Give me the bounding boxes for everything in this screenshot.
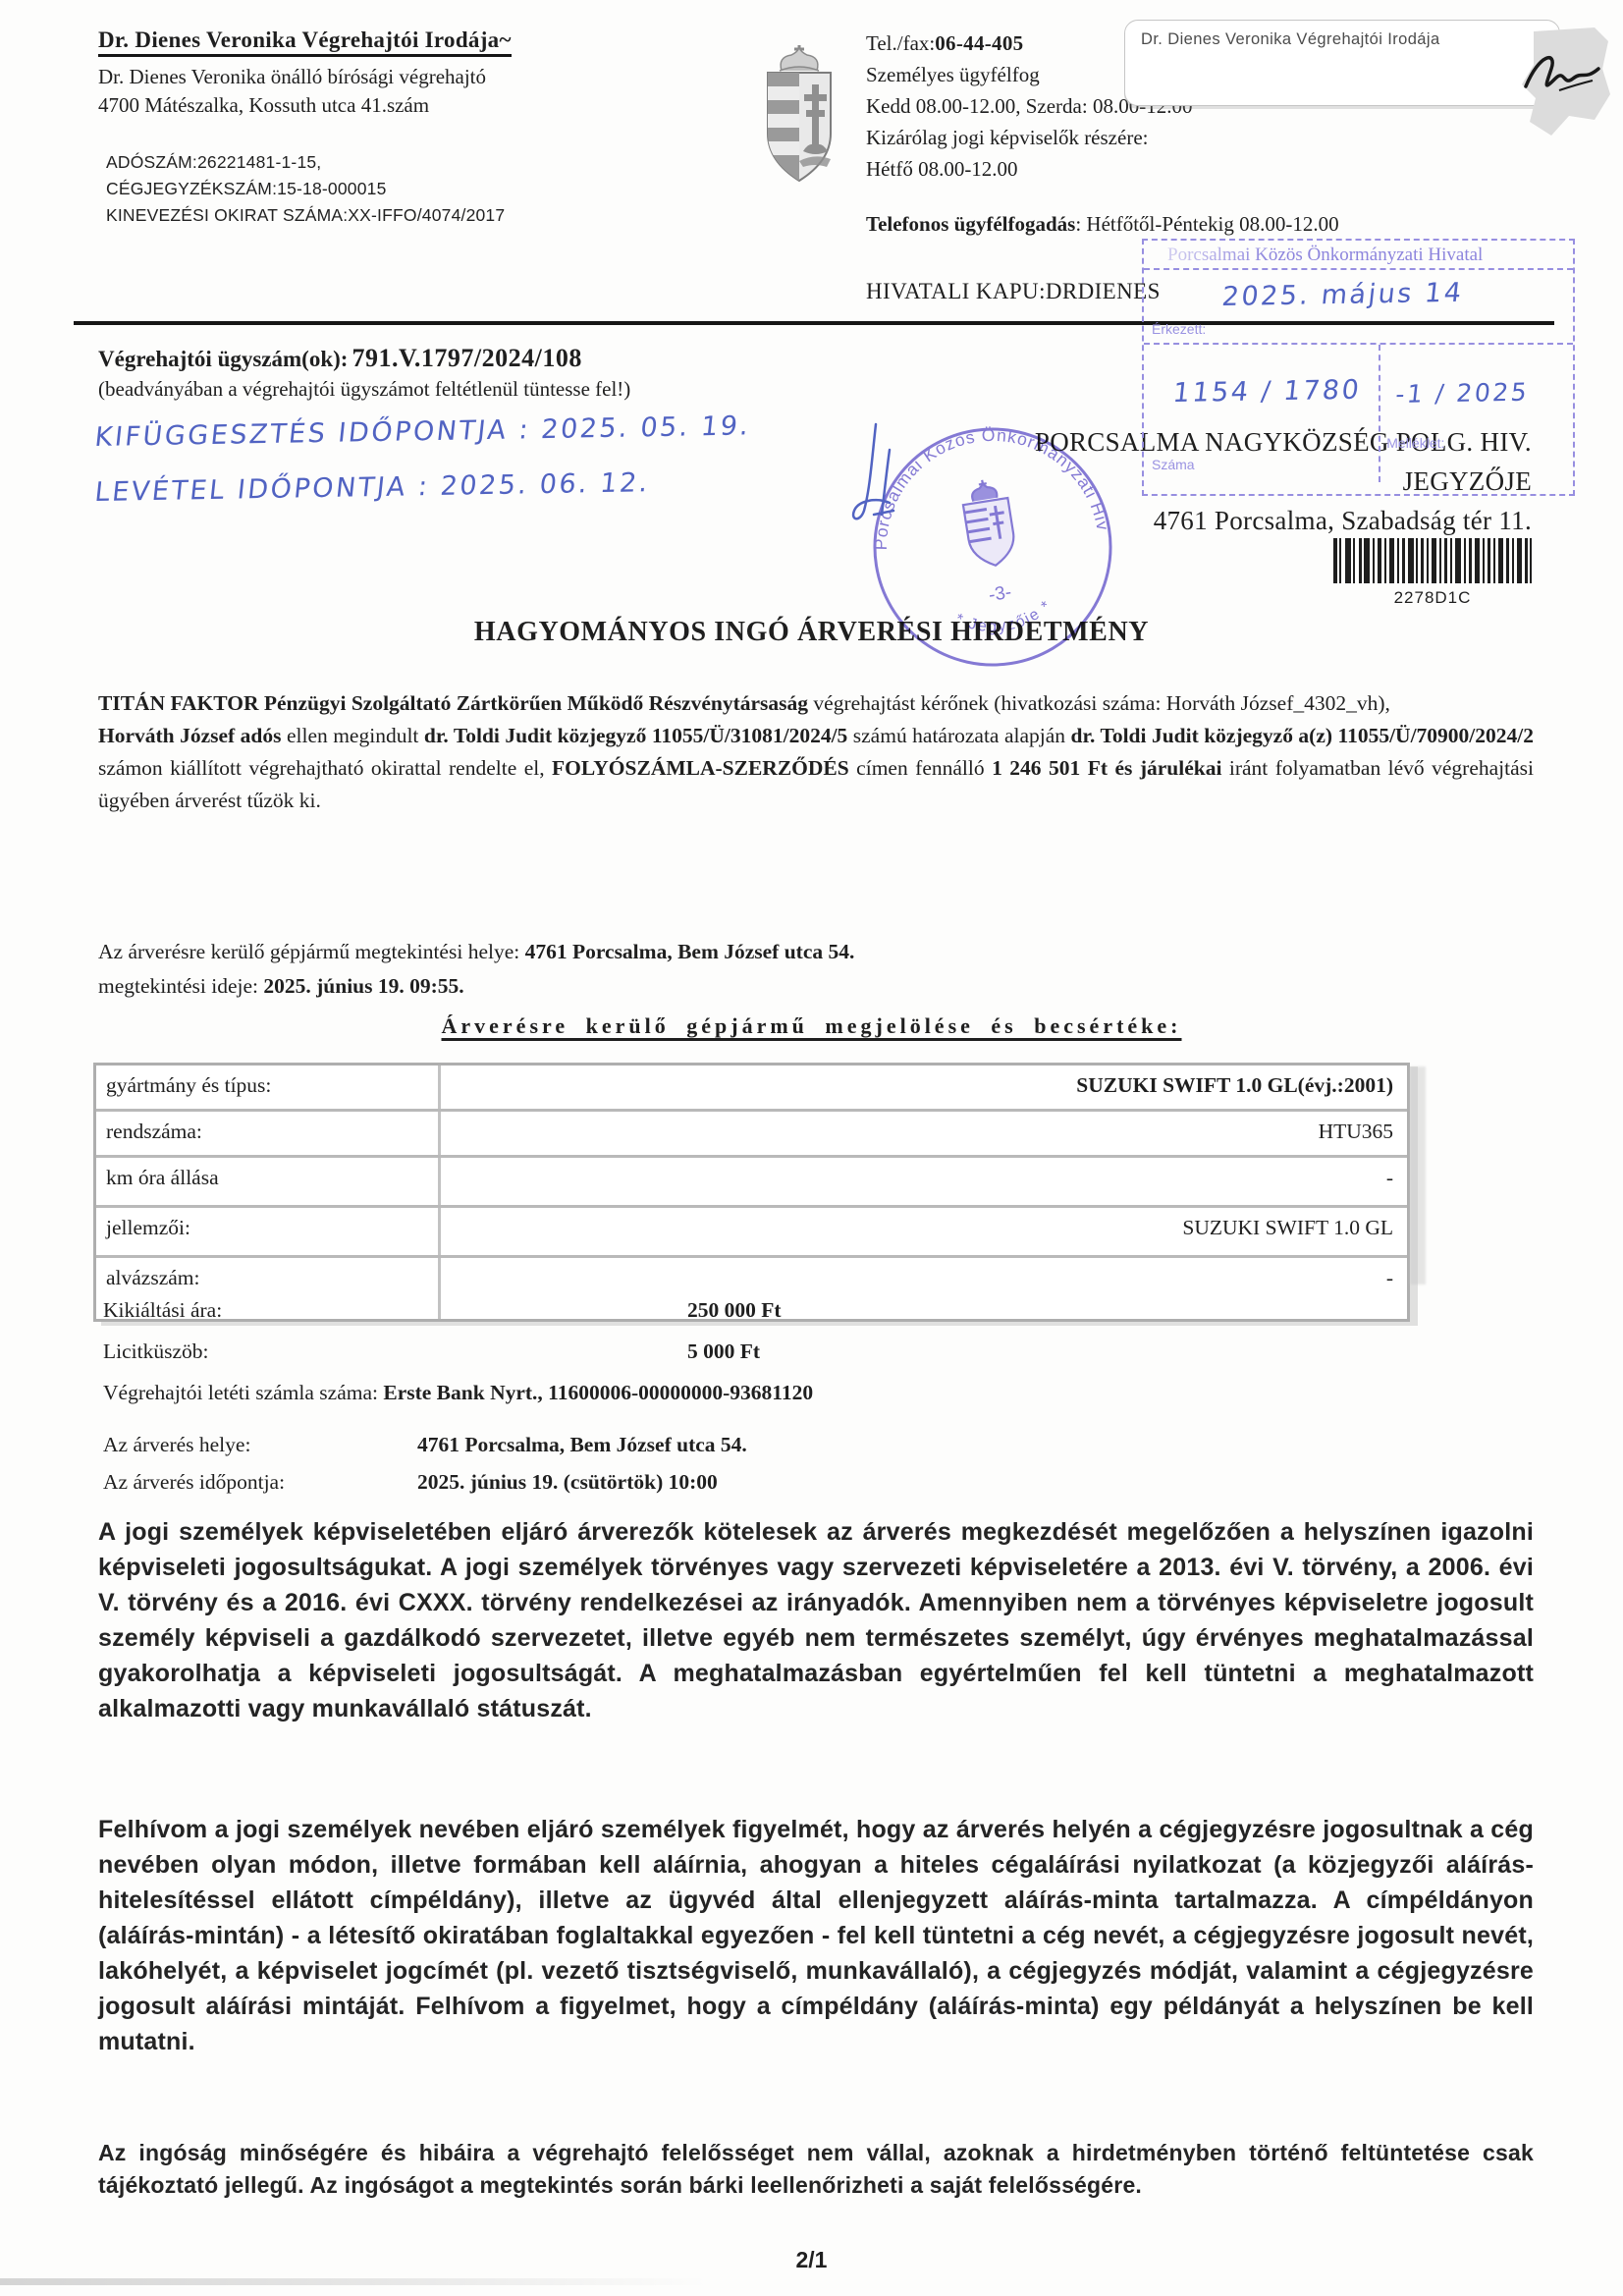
received-stamp: Porcsalmai Közös Önkormányzati Hivatal É… [1142,239,1575,496]
auction-place-value: 4761 Porcsalma, Bem József utca 54. [417,1433,747,1456]
document-title: HAGYOMÁNYOS INGÓ ÁRVERÉSI HIRDETMÉNY [0,617,1623,648]
received-label: Érkezett: [1152,321,1206,337]
auction-place-label: Az árverés helye: [103,1426,417,1463]
document-page: Dr. Dienes Veronika Végrehajtói Irodája~… [0,0,1623,2296]
case-number-label: Végrehajtói ügyszám(ok): [98,347,348,371]
office-stamp-imprint: Dr. Dienes Veronika Végrehajtói Irodája [1124,20,1560,106]
scan-artifact [1410,1066,1426,1285]
received-date-handwriting: 2025. május 14 [1220,278,1465,312]
stamp-number-handwriting: 1154 / 1780 [1171,375,1363,409]
case-number-value: 791.V.1797/2024/108 [352,344,581,372]
section-heading: Árverésre kerülő gépjármű megjelölése és… [0,1013,1623,1039]
viewing-time-value: 2025. június 19. 09:55. [263,974,463,998]
bid-step-row: Licitküszöb: 5 000 Ft [103,1339,1537,1381]
received-stamp-office: Porcsalmai Közös Önkormányzati Hivatal [1144,241,1573,268]
auction-time-label: Az árverés időpontja: [103,1463,417,1501]
stamp-number-label: Száma [1152,457,1195,472]
table-row: jellemzői: SUZUKI SWIFT 1.0 GL [96,1205,1407,1255]
auction-block: Az árverés helye:4761 Porcsalma, Bem Józ… [103,1426,1537,1501]
attachment-cell: -1 / 2025 Melléklet: [1379,345,1573,482]
table-row: rendszáma: HTU365 [96,1109,1407,1155]
posting-date-handwriting: KIFÜGGESZTÉS IDŐPONTJA : 2025. 05. 19. [93,410,752,453]
bailiff-name: Dr. Dienes Veronika önálló bírósági végr… [98,63,512,91]
phone-hours-label: Telefonos ügyfélfogadás [866,212,1075,236]
barcode-label: 2278D1C [1333,588,1532,608]
tax-number: ADÓSZÁM:26221481-1-15, [106,149,505,176]
hours-monday: Hétfő 08.00-12.00 [866,153,1416,185]
row-value: HTU365 [441,1112,1407,1155]
page-number: 2/1 [0,2247,1623,2273]
viewing-place-value: 4761 Porcsalma, Bem József utca 54. [525,940,855,963]
attachment-label: Melléklet: [1386,435,1444,451]
bailiff-office-block: Dr. Dienes Veronika Végrehajtói Irodája~… [98,27,512,120]
row-label: jellemzői: [96,1208,441,1255]
viewing-place-label: Az árverésre kerülő gépjármű megtekintés… [98,940,525,963]
vehicle-table: gyártmány és típus: SUZUKI SWIFT 1.0 GL(… [93,1063,1410,1322]
table-row: gyártmány és típus: SUZUKI SWIFT 1.0 GL(… [96,1066,1407,1109]
scan-artifact [0,2278,707,2285]
office-stamp-text: Dr. Dienes Veronika Végrehajtói Irodája [1141,30,1559,49]
tel-fax-label: Tel./fax: [866,31,935,55]
start-price-row: Kikiáltási ára: 250 000 Ft [103,1298,1537,1339]
case-number-block: Végrehajtói ügyszám(ok): 791.V.1797/2024… [98,344,630,402]
deposit-account-value: Erste Bank Nyrt., 11600006-00000000-9368… [383,1381,813,1404]
tel-fax-value: 06-44-405 [935,31,1023,55]
barcode-block: 2278D1C [1333,538,1532,608]
intro-paragraph: TITÁN FAKTOR Pénzügyi Szolgáltató Zártkö… [98,687,1534,817]
deposit-account-label: Végrehajtói letéti számla száma: [103,1381,383,1404]
signature-icon [1500,26,1614,141]
legal-paragraph-representation: A jogi személyek képviseletében eljáró á… [98,1514,1534,1726]
appointment-number: KINEVEZÉSI OKIRAT SZÁMA:XX-IFFO/4074/201… [106,202,505,229]
table-row: km óra állása - [96,1155,1407,1205]
row-value: - [441,1158,1407,1205]
office-name: Dr. Dienes Veronika Végrehajtói Irodája~ [98,27,512,57]
auction-place-row: Az árverés helye:4761 Porcsalma, Bem Józ… [103,1426,1537,1463]
row-label: gyártmány és típus: [96,1066,441,1109]
bid-step-value: 5 000 Ft [687,1339,760,1364]
attachment-handwriting: -1 / 2025 [1394,378,1531,409]
row-label: rendszáma: [96,1112,441,1155]
row-value: SUZUKI SWIFT 1.0 GL [441,1208,1407,1255]
phone-hours-line: Telefonos ügyfélfogadás: Hétfőtől-Péntek… [866,212,1339,237]
hivatali-kapu-line: HIVATALI KAPU:DRDIENES [866,279,1161,304]
clerk-initials-icon [846,420,915,528]
auction-time-value: 2025. június 19. (csütörtök) 10:00 [417,1470,718,1494]
office-address: 4700 Mátészalka, Kossuth utca 41.szám [98,91,512,120]
viewing-block: Az árverésre kerülő gépjármű megtekintés… [98,935,854,1004]
case-number-cell: 1154 / 1780 Száma [1144,345,1379,482]
viewing-time-label: megtekintési ideje: [98,974,263,998]
start-price-value: 250 000 Ft [687,1298,782,1323]
bid-step-label: Licitküszöb: [103,1339,208,1363]
removal-date-handwriting: LEVÉTEL IDŐPONTJA : 2025. 06. 12. [93,467,651,508]
legal-paragraph-signature: Felhívom a jogi személyek nevében eljáró… [98,1812,1534,2059]
pricing-block: Kikiáltási ára: 250 000 Ft Licitküszöb: … [103,1298,1537,1426]
row-value: SUZUKI SWIFT 1.0 GL(évj.:2001) [441,1066,1407,1109]
seal-center-number: -3- [987,582,1012,606]
phone-hours-value: : Hétfőtől-Péntekig 08.00-12.00 [1075,212,1338,236]
auction-time-row: Az árverés időpontja:2025. június 19. (c… [103,1463,1537,1501]
deposit-account-row: Végrehajtói letéti számla száma: Erste B… [103,1381,1537,1426]
hungarian-coat-of-arms-icon [752,41,846,187]
row-label: km óra állása [96,1158,441,1205]
barcode-icon [1333,538,1532,583]
company-registry-number: CÉGJEGYZÉKSZÁM:15-18-000015 [106,176,505,202]
legal-paragraph-liability: Az ingóság minőségére és hibáira a végre… [98,2137,1534,2202]
registry-block: ADÓSZÁM:26221481-1-15, CÉGJEGYZÉKSZÁM:15… [106,149,505,229]
received-date-cell: Érkezett: 2025. május 14 [1144,268,1573,343]
case-number-note: (beadványában a végrehajtói ügyszámot fe… [98,377,630,402]
hours-legal-reps: Kizárólag jogi képviselők részére: [866,122,1416,153]
start-price-label: Kikiáltási ára: [103,1298,222,1322]
